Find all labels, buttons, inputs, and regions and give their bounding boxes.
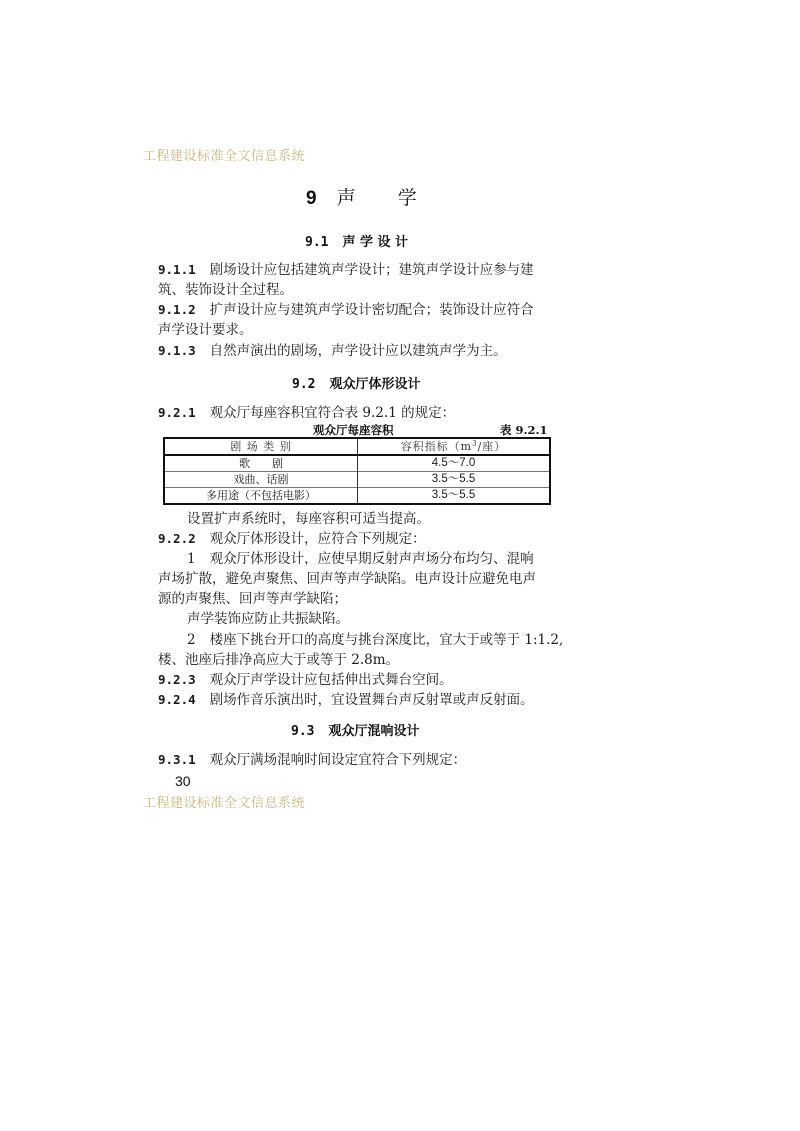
table-row: 戏曲、话剧 3.5～5.5 xyxy=(164,472,550,488)
table-note: 设置扩声系统时，每座容积可适当提高。 xyxy=(187,509,430,529)
watermark-top: 工程建设标准全文信息系统 xyxy=(143,145,305,164)
clause-9-2-4: 9.2.4剧场作音乐演出时，宜设置舞台声反射罩或声反射面。 xyxy=(158,690,534,710)
clause-number: 9.2.1 xyxy=(158,405,196,420)
clause-9-2-1: 9.2.1观众厅每座容积宜符合表 9.2.1 的规定： xyxy=(158,403,455,423)
chapter-title-char-2: 学 xyxy=(398,187,417,209)
chapter-title-char-1: 声 xyxy=(337,187,356,209)
clause-9-1-2-cont: 声学设计要求。 xyxy=(158,320,253,340)
table-cell-category: 多用途（不包括电影） xyxy=(164,488,358,505)
clause-number: 9.2.2 xyxy=(158,531,196,546)
clause-9-1-1-cont: 筑、装饰设计全过程。 xyxy=(158,280,293,300)
clause-9-1-3: 9.1.3自然声演出的剧场，声学设计应以建筑声学为主。 xyxy=(158,341,507,361)
clause-text: 剧场设计应包括建筑声学设计；建筑声学设计应参与建 xyxy=(210,262,534,278)
clause-text: 剧场作音乐演出时，宜设置舞台声反射罩或声反射面。 xyxy=(210,692,534,708)
clause-text: 观众厅声学设计应包括伸出式舞台空间。 xyxy=(210,672,453,688)
volume-per-seat-table: 剧 场 类 别 容积指标（m3/座） 歌 剧 4.5～7.0 戏曲、话剧 3.5… xyxy=(163,437,551,505)
clause-9-1-1: 9.1.1剧场设计应包括建筑声学设计；建筑声学设计应参与建 xyxy=(158,260,534,280)
table-cell-category: 戏曲、话剧 xyxy=(164,472,358,488)
section-heading-9-3: 9.3观众厅混响设计 xyxy=(291,720,420,739)
clause-number: 9.1.3 xyxy=(158,343,196,358)
clause-number: 9.1.2 xyxy=(158,302,196,317)
item-9-2-2-1-cont-2: 源的声聚焦、回声等声学缺陷； xyxy=(158,589,347,609)
section-heading-9-2: 9.2观众厅体形设计 xyxy=(292,373,421,392)
page-number: 30 xyxy=(175,773,191,789)
item-9-2-2-1-continuation: 声学装饰应防止共振缺陷。 xyxy=(187,609,349,629)
chapter-title: 9 声 学 xyxy=(306,183,417,210)
clause-text: 观众厅每座容积宜符合表 9.2.1 的规定： xyxy=(210,405,455,421)
table-header-row: 剧 场 类 别 容积指标（m3/座） xyxy=(164,438,550,455)
chapter-number: 9 xyxy=(306,188,317,209)
section-number: 9.2 xyxy=(292,377,315,392)
table-cell-volume: 3.5～5.5 xyxy=(358,472,551,488)
section-title: 观众厅体形设计 xyxy=(329,377,420,392)
table-cell-volume: 4.5～7.0 xyxy=(358,455,551,472)
item-9-2-2-2-cont: 楼、池座后排净高应大于或等于 2.8m。 xyxy=(158,650,399,670)
clause-9-2-2: 9.2.2观众厅体形设计，应符合下列规定： xyxy=(158,529,426,549)
section-number: 9.3 xyxy=(291,724,314,739)
clause-number: 9.2.3 xyxy=(158,672,196,687)
section-heading-9-1: 9.1声 学 设 计 xyxy=(305,231,408,250)
clause-number: 9.1.1 xyxy=(158,262,196,277)
clause-text: 扩声设计应与建筑声学设计密切配合；装饰设计应符合 xyxy=(210,302,534,318)
item-text: 楼座下挑台开口的高度与挑台深度比，宜大于或等于 1:1.2, xyxy=(210,632,564,648)
item-number: 2 xyxy=(187,632,196,648)
clause-text: 观众厅体形设计，应符合下列规定： xyxy=(210,531,426,547)
clause-9-2-3: 9.2.3观众厅声学设计应包括伸出式舞台空间。 xyxy=(158,670,453,690)
table-cell-volume: 3.5～5.5 xyxy=(358,488,551,505)
table-caption: 观众厅每座容积 xyxy=(313,422,394,438)
clause-number: 9.3.1 xyxy=(158,752,196,767)
clause-text: 自然声演出的剧场，声学设计应以建筑声学为主。 xyxy=(210,343,507,359)
item-text: 观众厅体形设计，应使早期反射声声场分布均匀、混响 xyxy=(210,551,534,567)
item-9-2-2-2: 2楼座下挑台开口的高度与挑台深度比，宜大于或等于 1:1.2, xyxy=(187,630,563,650)
watermark-bottom: 工程建设标准全文信息系统 xyxy=(143,792,305,811)
section-number: 9.1 xyxy=(305,235,328,250)
table-row: 歌 剧 4.5～7.0 xyxy=(164,455,550,472)
clause-number: 9.2.4 xyxy=(158,692,196,707)
section-title: 声 学 设 计 xyxy=(342,235,408,250)
clause-text: 观众厅满场混响时间设定宜符合下列规定： xyxy=(210,752,467,768)
table-header-category: 剧 场 类 别 xyxy=(164,438,358,455)
item-9-2-2-1: 1观众厅体形设计，应使早期反射声声场分布均匀、混响 xyxy=(187,549,534,569)
table-header-volume: 容积指标（m3/座） xyxy=(358,438,551,455)
item-9-2-2-1-cont-1: 声场扩散，避免声聚焦、回声等声学缺陷。电声设计应避免电声 xyxy=(158,569,536,589)
item-number: 1 xyxy=(187,551,196,567)
clause-9-3-1: 9.3.1观众厅满场混响时间设定宜符合下列规定： xyxy=(158,750,466,770)
header-unit-post: /座） xyxy=(478,440,507,453)
clause-9-1-2: 9.1.2扩声设计应与建筑声学设计密切配合；装饰设计应符合 xyxy=(158,300,534,320)
table-cell-category: 歌 剧 xyxy=(164,455,358,472)
section-title: 观众厅混响设计 xyxy=(328,724,419,739)
header-unit-pre: 容积指标（m xyxy=(401,440,472,453)
table-row: 多用途（不包括电影） 3.5～5.5 xyxy=(164,488,550,505)
table-label: 表 9.2.1 xyxy=(500,422,548,438)
